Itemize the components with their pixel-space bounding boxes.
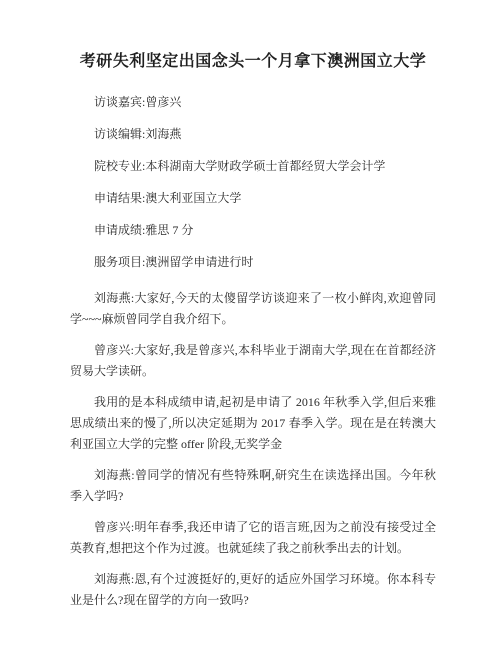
meta-line-result: 申请结果:澳大利亚国立大学 <box>70 182 436 214</box>
document-title: 考研失利坚定出国念头一个月拿下澳洲国立大学 <box>70 50 436 74</box>
interview-meta-block: 访谈嘉宾:曾彦兴 访谈编辑:刘海燕 院校专业:本科湖南大学财政学硕士首都经贸大学… <box>70 86 436 278</box>
meta-line-service: 服务项目:澳洲留学申请进行时 <box>70 246 436 278</box>
meta-line-guest: 访谈嘉宾:曾彦兴 <box>70 86 436 118</box>
dialogue-paragraph: 刘海燕:恩,有个过渡挺好的,更好的适应外国学习环境。你本科专业是什么?现在留学的… <box>70 569 436 611</box>
meta-line-editor: 访谈编辑:刘海燕 <box>70 118 436 150</box>
dialogue-paragraph: 我用的是本科成绩申请,起初是申请了 2016 年秋季入学,但后来雅思成绩出来的慢… <box>70 392 436 455</box>
interview-dialogue-block: 刘海燕:大家好,今天的太傻留学访谈迎来了一枚小鲜肉,欢迎曾同学~~~麻烦曾同学自… <box>70 288 436 611</box>
document-page: 考研失利坚定出国念头一个月拿下澳洲国立大学 访谈嘉宾:曾彦兴 访谈编辑:刘海燕 … <box>0 0 500 647</box>
dialogue-paragraph: 曾彦兴:大家好,我是曾彦兴,本科毕业于湖南大学,现在在首都经济贸易大学读研。 <box>70 340 436 382</box>
dialogue-paragraph: 刘海燕:大家好,今天的太傻留学访谈迎来了一枚小鲜肉,欢迎曾同学~~~麻烦曾同学自… <box>70 288 436 330</box>
meta-line-school: 院校专业:本科湖南大学财政学硕士首都经贸大学会计学 <box>70 150 436 182</box>
meta-line-score: 申请成绩:雅思 7 分 <box>70 214 436 246</box>
dialogue-paragraph: 曾彦兴:明年春季,我还申请了它的语言班,因为之前没有接受过全英教育,想把这个作为… <box>70 517 436 559</box>
dialogue-paragraph: 刘海燕:曾同学的情况有些特殊啊,研究生在读选择出国。今年秋季入学吗? <box>70 465 436 507</box>
